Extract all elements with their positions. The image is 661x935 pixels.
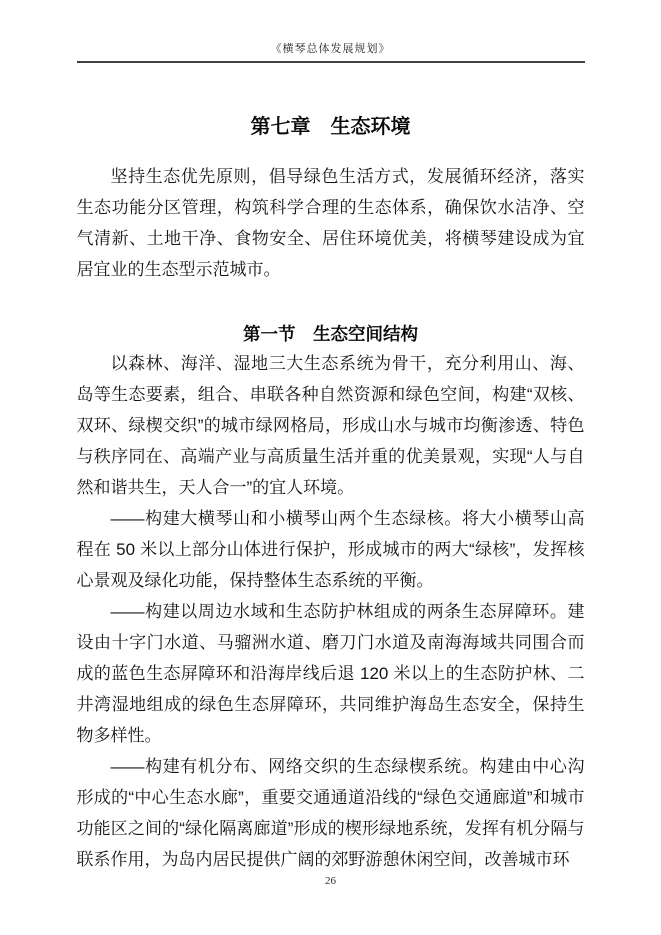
paragraph-barrier-rings: ——构建以周边水域和生态防护林组成的两条生态屏障环。建设由十字门水道、马骝洲水道… bbox=[77, 596, 585, 751]
chapter-title: 第七章 生态环境 bbox=[0, 113, 661, 141]
header-rule bbox=[77, 61, 585, 63]
paragraph-chapter-intro: 坚持生态优先原则，倡导绿色生活方式，发展循环经济，落实生态功能分区管理，构筑科学… bbox=[77, 161, 585, 285]
paragraph-green-wedges: ——构建有机分布、网络交织的生态绿楔系统。构建由中心沟形成的“中心生态水廊”，重… bbox=[77, 751, 585, 875]
paragraph-section-overview: 以森林、海洋、湿地三大生态系统为骨干，充分利用山、海、岛等生态要素，组合、串联各… bbox=[77, 348, 585, 503]
section-title: 第一节 生态空间结构 bbox=[0, 322, 661, 346]
running-header-title: 《横琴总体发展规划》 bbox=[0, 0, 661, 56]
paragraph-green-cores: ——构建大横琴山和小横琴山两个生态绿核。将大小横琴山高程在 50 米以上部分山体… bbox=[77, 503, 585, 596]
document-page: 《横琴总体发展规划》 第七章 生态环境 坚持生态优先原则，倡导绿色生活方式，发展… bbox=[0, 0, 661, 935]
page-footer: 26 bbox=[0, 875, 661, 887]
page-number: 26 bbox=[325, 875, 336, 887]
